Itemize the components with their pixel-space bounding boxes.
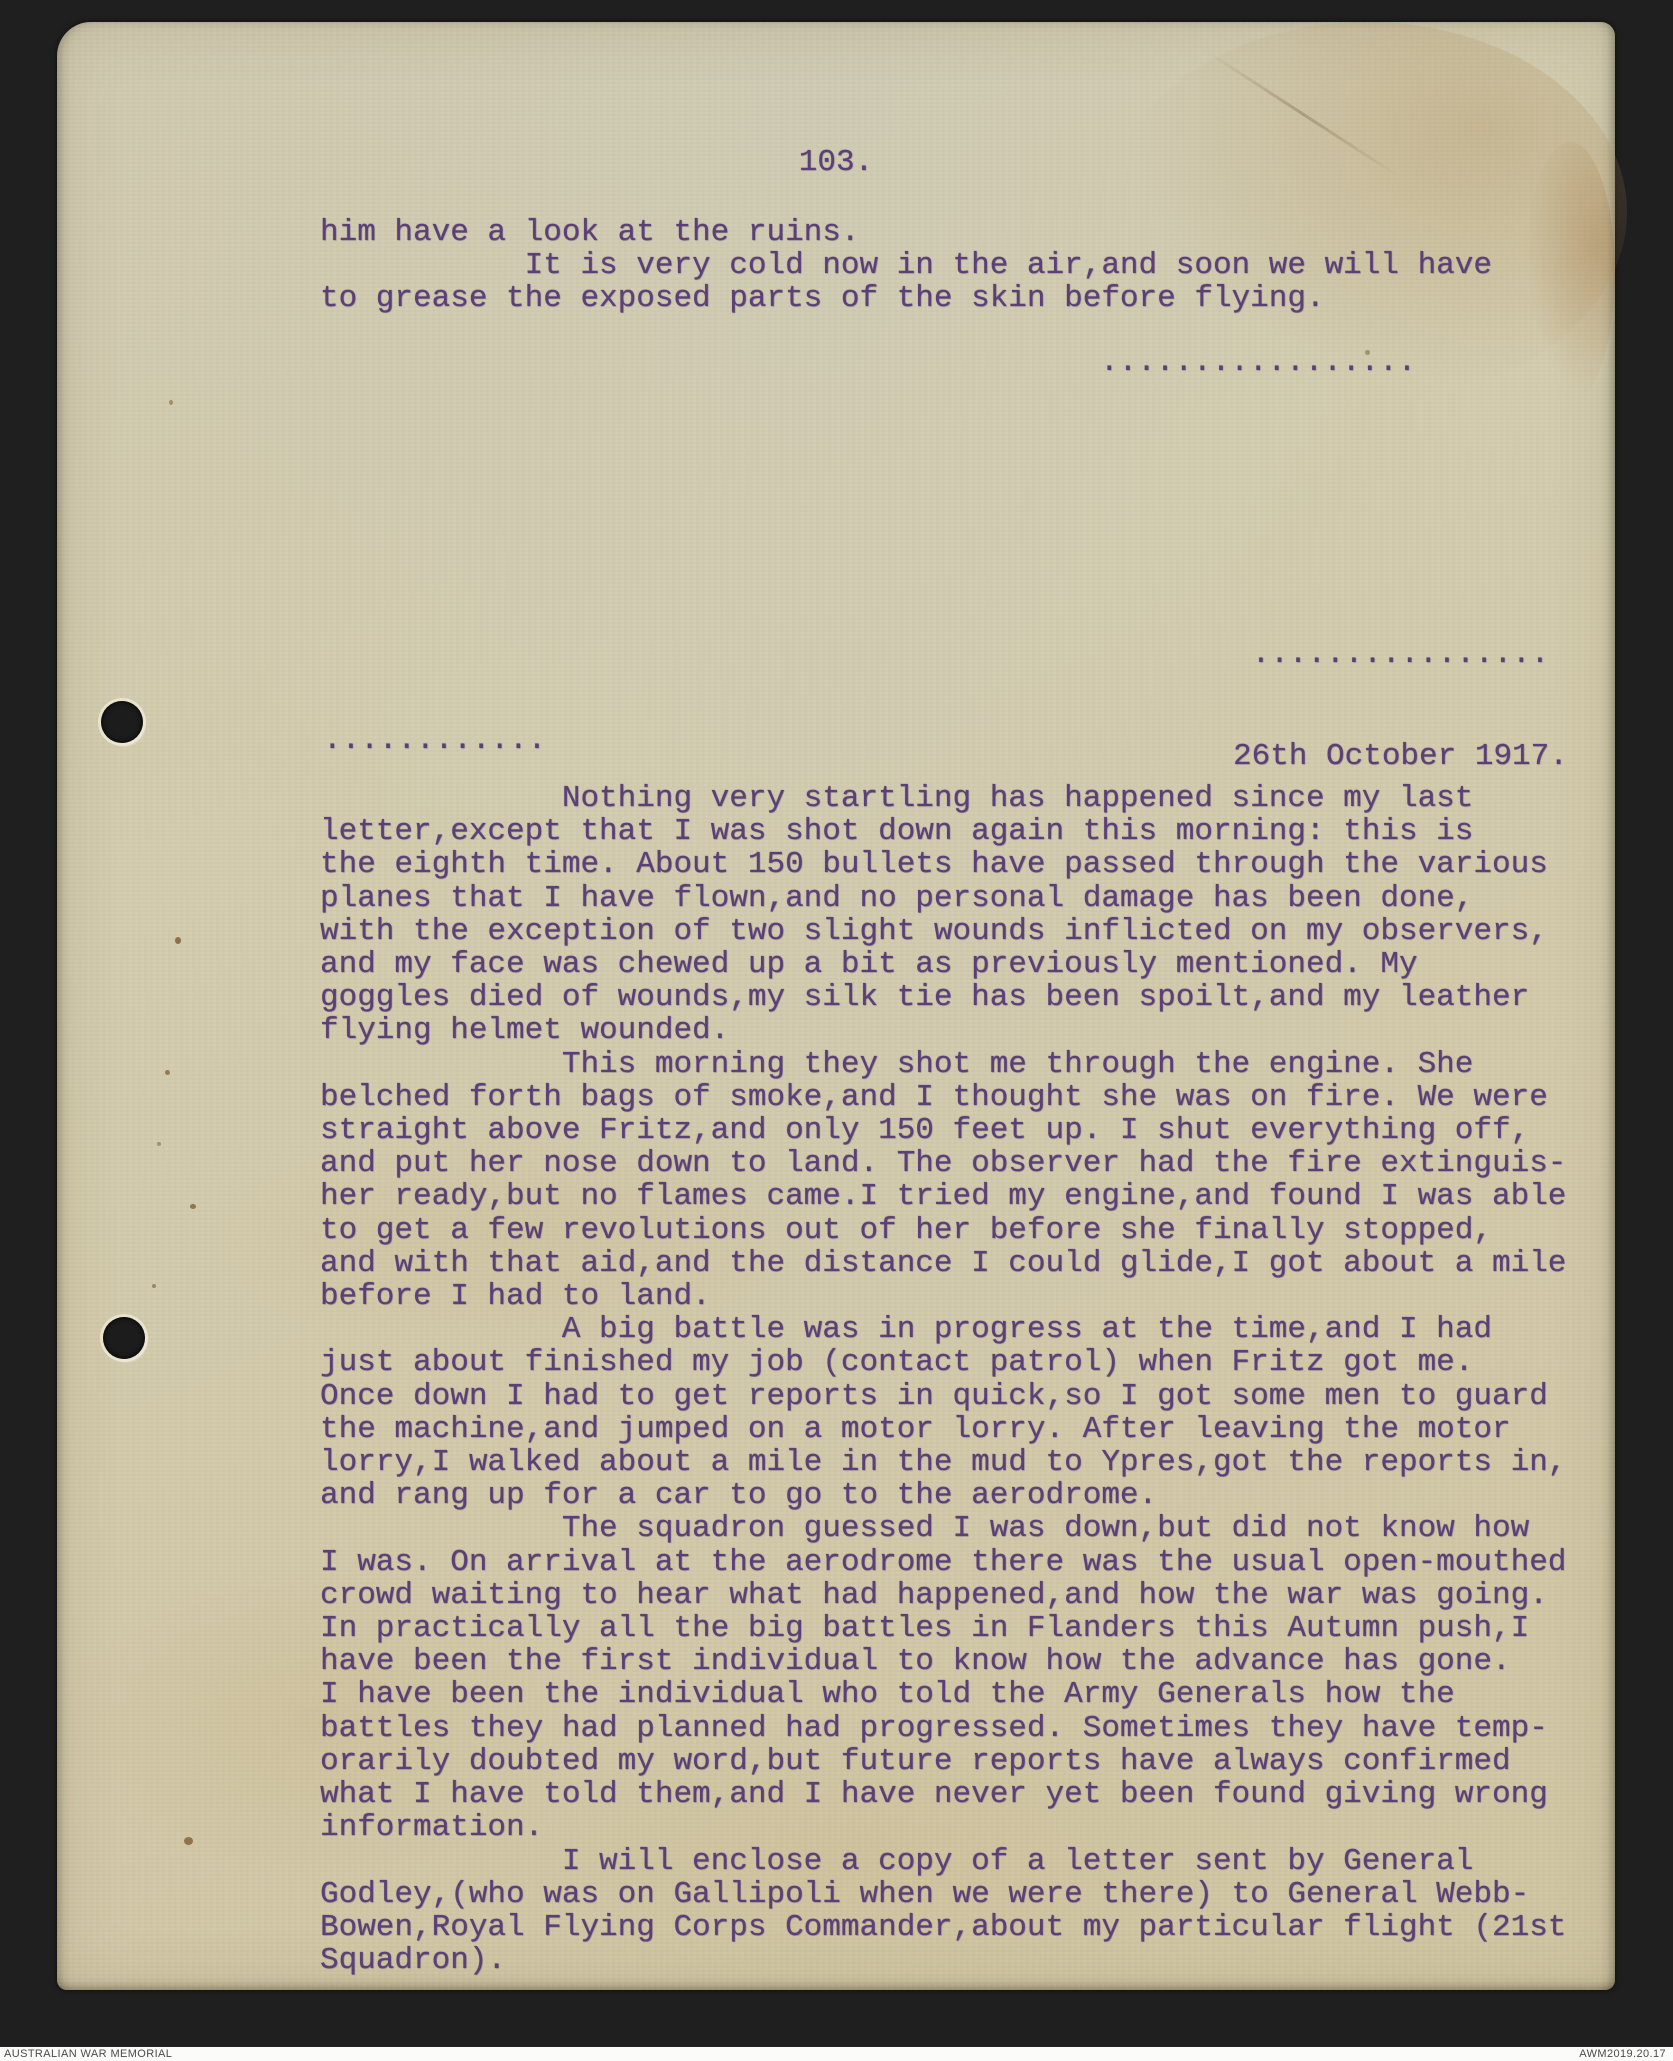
paper-speck [169,400,173,405]
paper-speck [175,937,181,944]
separator-dots: ................. [1100,346,1416,379]
paper-speck [157,1142,161,1146]
paragraph-opening-dots: ............ [323,724,546,757]
entry-date: 26th October 1917. [1233,740,1568,774]
paper-speck [184,1837,193,1845]
paper-speck [165,1070,170,1075]
paper-stain [1525,142,1615,402]
letter-paper: 103. him have a look at the ruins. It is… [57,22,1615,1990]
archive-reference-label: AWM2019.20.17 [1579,2047,1666,2061]
date-separator-dots: ................ [1233,638,1568,672]
punch-hole-bottom [103,1317,145,1359]
archive-footer-bar: AUSTRALIAN WAR MEMORIAL AWM2019.20.17 [0,2047,1673,2061]
archive-name-label: AUSTRALIAN WAR MEMORIAL [4,2047,172,2061]
letter-body: Nothing very startling has happened sinc… [320,782,1566,1977]
paper-speck [152,1284,156,1288]
punch-hole-top [101,701,143,743]
scanned-letter-page: 103. him have a look at the ruins. It is… [0,0,1673,2061]
paper-speck [190,1204,196,1209]
letter-fragment-paragraph: him have a look at the ruins. It is very… [320,216,1492,316]
page-number: 103. [57,146,1615,179]
